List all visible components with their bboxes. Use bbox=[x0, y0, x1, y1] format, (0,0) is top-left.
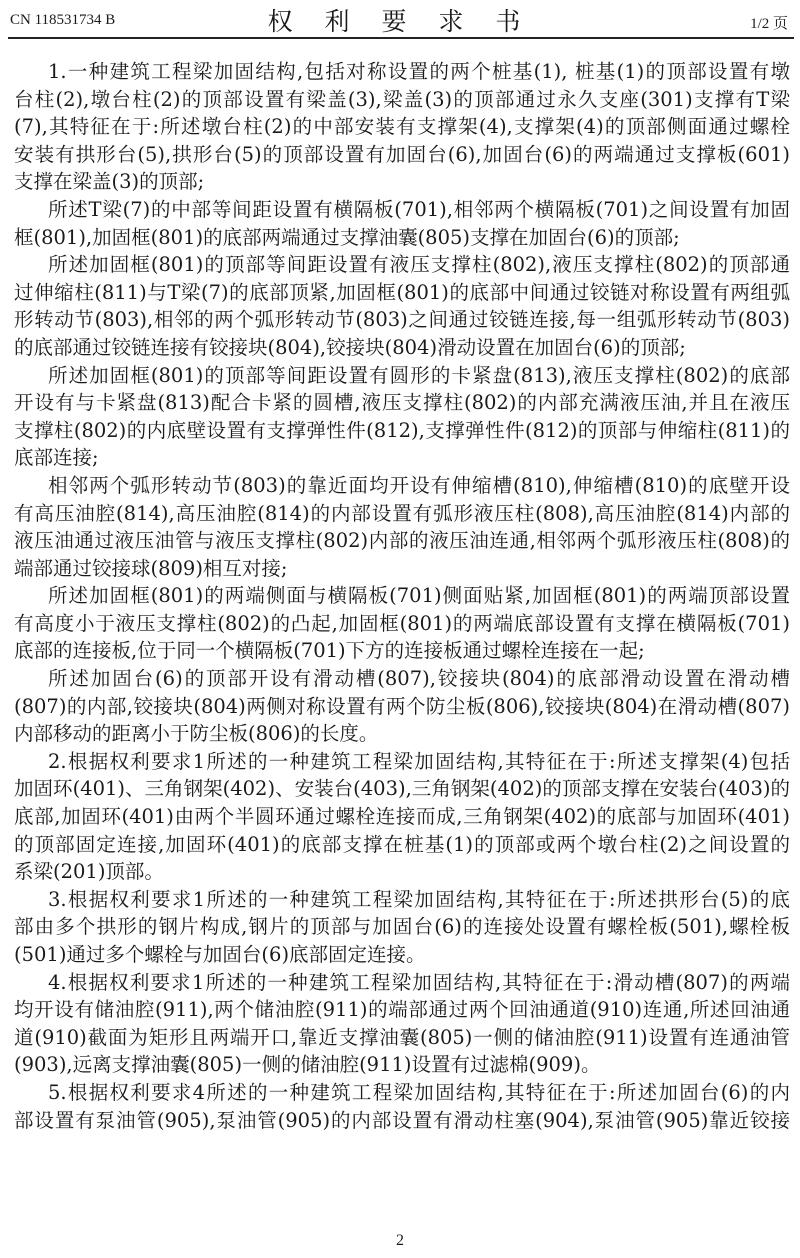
text-line: 开设有与卡紧盘(813)配合卡紧的圆槽,液压支撑柱(802)的内部充满液压油,并… bbox=[14, 389, 790, 417]
text-line: 内部移动的距离小于防尘板(806)的长度。 bbox=[14, 720, 790, 748]
text-line: 台柱(2),墩台柱(2)的顶部设置有梁盖(3),梁盖(3)的顶部通过永久支座(3… bbox=[14, 86, 790, 114]
text-line: 1.一种建筑工程梁加固结构,包括对称设置的两个桩基(1), 桩基(1)的顶部设置… bbox=[14, 58, 790, 86]
text-line: 的顶部固定连接,加固环(401)的底部支撑在桩基(1)的顶部或两个墩台柱(2)之… bbox=[14, 831, 790, 859]
header-rule bbox=[8, 37, 794, 39]
text-line: 端部通过铰接球(809)相互对接; bbox=[14, 555, 790, 583]
text-line: 3.根据权利要求1所述的一种建筑工程梁加固结构,其特征在于:所述拱形台(5)的底 bbox=[14, 886, 790, 914]
claim-paragraph: 3.根据权利要求1所述的一种建筑工程梁加固结构,其特征在于:所述拱形台(5)的底… bbox=[14, 886, 790, 969]
text-line: 道(910)截面为矩形且两端开口,靠近支撑油囊(805)一侧的储油腔(911)设… bbox=[14, 1024, 790, 1052]
text-line: 4.根据权利要求1所述的一种建筑工程梁加固结构,其特征在于:滑动槽(807)的两… bbox=[14, 969, 790, 997]
claims-body: 1.一种建筑工程梁加固结构,包括对称设置的两个桩基(1), 桩基(1)的顶部设置… bbox=[14, 58, 790, 1134]
text-line: 相邻两个弧形转动节(803)的靠近面均开设有伸缩槽(810),伸缩槽(810)的… bbox=[14, 472, 790, 500]
text-line: 的底部通过铰链连接有铰接块(804),铰接块(804)滑动设置在加固台(6)的顶… bbox=[14, 334, 790, 362]
text-line: 液压油通过液压油管与液压支撑柱(802)内部的液压油连通,相邻两个弧形液压柱(8… bbox=[14, 527, 790, 555]
text-line: 有高度小于液压支撑柱(802)的凸起,加固框(801)的两端底部设置有支撑在横隔… bbox=[14, 610, 790, 638]
text-line: (807)的内部,铰接块(804)两侧对称设置有两个防尘板(806),铰接块(8… bbox=[14, 693, 790, 721]
text-line: 有高压油腔(814),高压油腔(814)的内部设置有弧形液压柱(808),高压油… bbox=[14, 500, 790, 528]
text-line: 部设置有泵油管(905),泵油管(905)的内部设置有滑动柱塞(904),泵油管… bbox=[14, 1107, 790, 1135]
text-line: 支撑柱(802)的内底壁设置有支撑弹性件(812),支撑弹性件(812)的顶部与… bbox=[14, 417, 790, 445]
text-line: 所述加固台(6)的顶部开设有滑动槽(807),铰接块(804)的底部滑动设置在滑… bbox=[14, 665, 790, 693]
page-header: CN 118531734 B 权 利 要 求 书 1/2 页 bbox=[0, 0, 800, 40]
claim-paragraph: 1.一种建筑工程梁加固结构,包括对称设置的两个桩基(1), 桩基(1)的顶部设置… bbox=[14, 58, 790, 196]
text-line: (7),其特征在于:所述墩台柱(2)的中部安装有支撑架(4),支撑架(4)的顶部… bbox=[14, 113, 790, 141]
text-line: 底部的连接板,位于同一个横隔板(701)下方的连接板通过螺栓连接在一起; bbox=[14, 637, 790, 665]
claim-paragraph: 相邻两个弧形转动节(803)的靠近面均开设有伸缩槽(810),伸缩槽(810)的… bbox=[14, 472, 790, 582]
text-line: 形转动节(803),相邻的两个弧形转动节(803)之间通过铰链连接,每一组弧形转… bbox=[14, 306, 790, 334]
page-number: 2 bbox=[0, 1232, 800, 1250]
text-line: 过伸缩柱(811)与T梁(7)的底部顶紧,加固框(801)的底部中间通过铰链对称… bbox=[14, 279, 790, 307]
claim-paragraph: 2.根据权利要求1所述的一种建筑工程梁加固结构,其特征在于:所述支撑架(4)包括… bbox=[14, 748, 790, 886]
page-indicator: 1/2 页 bbox=[750, 12, 788, 33]
text-line: 加固环(401)、三角钢架(402)、安装台(403),三角钢架(402)的顶部… bbox=[14, 775, 790, 803]
claim-paragraph: 4.根据权利要求1所述的一种建筑工程梁加固结构,其特征在于:滑动槽(807)的两… bbox=[14, 969, 790, 1079]
text-line: 框(801),加固框(801)的底部两端通过支撑油囊(805)支撑在加固台(6)… bbox=[14, 224, 790, 252]
text-line: 5.根据权利要求4所述的一种建筑工程梁加固结构,其特征在于:所述加固台(6)的内 bbox=[14, 1079, 790, 1107]
claim-paragraph: 所述加固台(6)的顶部开设有滑动槽(807),铰接块(804)的底部滑动设置在滑… bbox=[14, 665, 790, 748]
text-line: 部由多个拱形的钢片构成,钢片的顶部与加固台(6)的连接处设置有螺栓板(501),… bbox=[14, 913, 790, 941]
text-line: 安装有拱形台(5),拱形台(5)的顶部设置有加固台(6),加固台(6)的两端通过… bbox=[14, 141, 790, 169]
text-line: 均开设有储油腔(911),两个储油腔(911)的端部通过两个回油通道(910)连… bbox=[14, 996, 790, 1024]
text-line: 所述加固框(801)的顶部等间距设置有液压支撑柱(802),液压支撑柱(802)… bbox=[14, 251, 790, 279]
text-line: (903),远离支撑油囊(805)一侧的储油腔(911)设置有过滤棉(909)。 bbox=[14, 1051, 790, 1079]
text-line: 所述加固框(801)的两端侧面与横隔板(701)侧面贴紧,加固框(801)的两端… bbox=[14, 582, 790, 610]
text-line: 所述加固框(801)的顶部等间距设置有圆形的卡紧盘(813),液压支撑柱(802… bbox=[14, 362, 790, 390]
text-line: 底部,加固环(401)由两个半圆环通过螺栓连接而成,三角钢架(402)的底部与加… bbox=[14, 803, 790, 831]
document-title: 权 利 要 求 书 bbox=[0, 2, 800, 38]
claim-paragraph: 所述加固框(801)的两端侧面与横隔板(701)侧面贴紧,加固框(801)的两端… bbox=[14, 582, 790, 665]
claim-paragraph: 所述T梁(7)的中部等间距设置有横隔板(701),相邻两个横隔板(701)之间设… bbox=[14, 196, 790, 251]
claim-paragraph: 5.根据权利要求4所述的一种建筑工程梁加固结构,其特征在于:所述加固台(6)的内… bbox=[14, 1079, 790, 1134]
claim-paragraph: 所述加固框(801)的顶部等间距设置有圆形的卡紧盘(813),液压支撑柱(802… bbox=[14, 362, 790, 472]
text-line: 底部连接; bbox=[14, 444, 790, 472]
text-line: 支撑在梁盖(3)的顶部; bbox=[14, 168, 790, 196]
text-line: (501)通过多个螺栓与加固台(6)底部固定连接。 bbox=[14, 941, 790, 969]
text-line: 2.根据权利要求1所述的一种建筑工程梁加固结构,其特征在于:所述支撑架(4)包括 bbox=[14, 748, 790, 776]
text-line: 系梁(201)顶部。 bbox=[14, 858, 790, 886]
text-line: 所述T梁(7)的中部等间距设置有横隔板(701),相邻两个横隔板(701)之间设… bbox=[14, 196, 790, 224]
claim-paragraph: 所述加固框(801)的顶部等间距设置有液压支撑柱(802),液压支撑柱(802)… bbox=[14, 251, 790, 361]
